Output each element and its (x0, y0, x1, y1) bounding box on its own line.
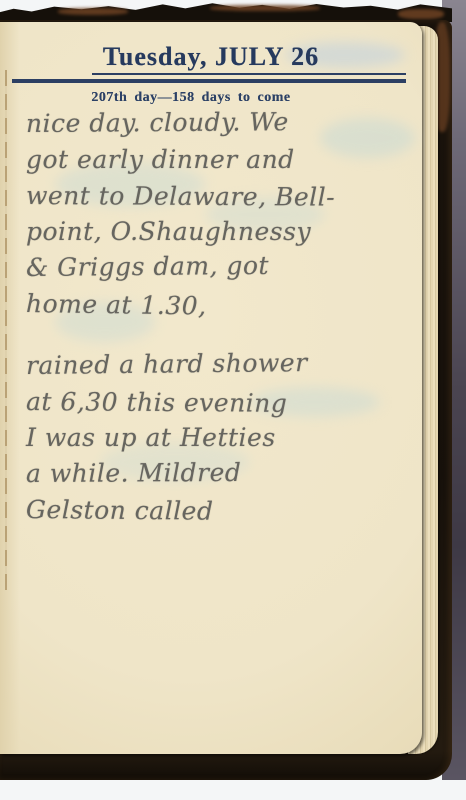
diary-page: Tuesday, JULY 26 207th day—158 days to c… (0, 22, 422, 754)
handwriting-line: & Griggs dam, got (26, 247, 408, 286)
rust-wear-patch (398, 9, 444, 19)
handwriting-entry: nice day. cloudy. We got early dinner an… (26, 106, 408, 528)
title-underline (92, 73, 406, 75)
handwriting-line: a while. Mildred (26, 454, 408, 492)
handwriting-line: rained a hard shower (26, 344, 408, 384)
handwriting-line: I was up at Hetties (26, 420, 408, 456)
double-rule (12, 79, 406, 83)
handwriting-line: went to Delaware, Bell- (26, 178, 408, 216)
rust-wear-patch (210, 5, 320, 11)
handwriting-line: nice day. cloudy. We (26, 103, 408, 142)
gutter-stitching (5, 70, 7, 590)
handwriting-line: Gelston called (26, 492, 408, 531)
page-title: Tuesday, JULY 26 (0, 42, 422, 72)
gutter-shade (0, 22, 20, 754)
handwriting-line: got early dinner and (26, 142, 408, 178)
handwriting-line: home at 1.30, (26, 286, 408, 327)
handwriting-line: at 6,30 this evening (26, 384, 408, 423)
rust-wear-patch (58, 8, 128, 15)
handwriting-line: point, O.Shaughnessy (26, 214, 408, 250)
